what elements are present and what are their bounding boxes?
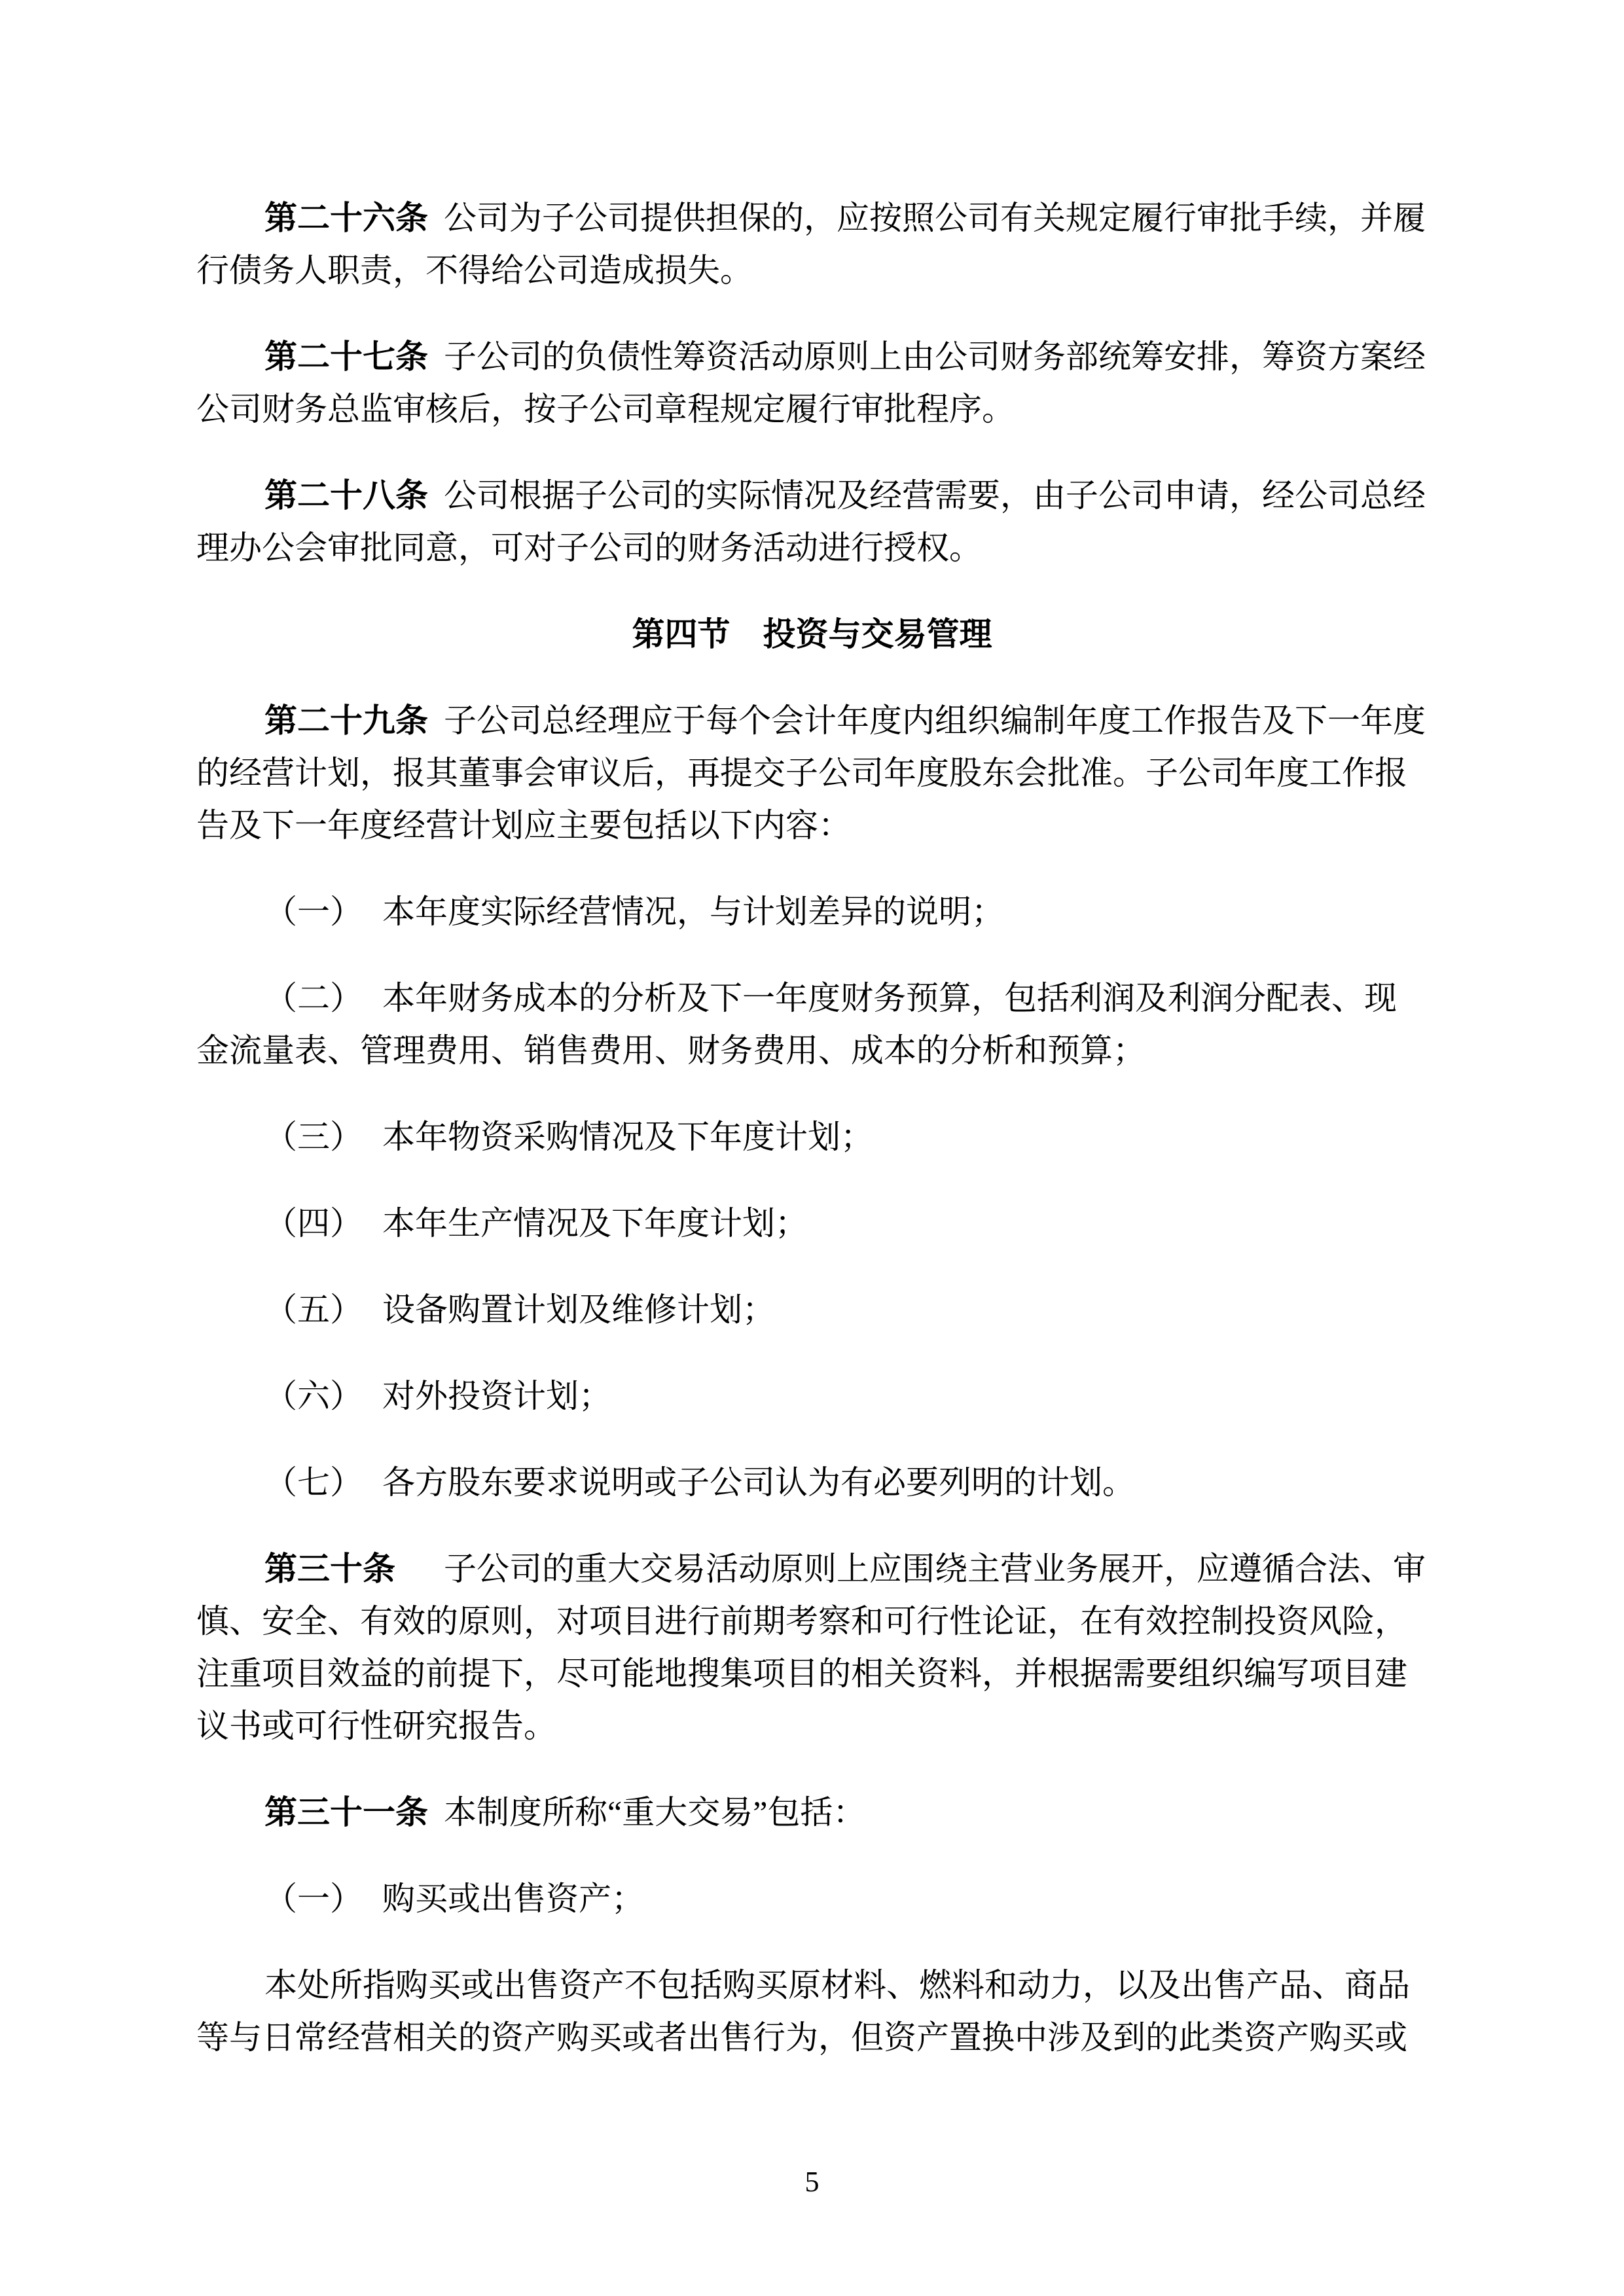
- text-line: 金流量表、管理费用、销售费用、财务费用、成本的分析和预算；: [196, 1024, 1428, 1077]
- text-line: （二）本年财务成本的分析及下一年度财务预算，包括利润及利润分配表、现: [196, 972, 1428, 1024]
- list-marker: （二）: [264, 980, 363, 1016]
- paragraph: 第二十六条公司为子公司提供担保的，应按照公司有关规定履行审批手续，并履行债务人职…: [196, 192, 1428, 296]
- text-line: （三）本年物资采购情况及下年度计划；: [196, 1111, 1428, 1163]
- text-line: 议书或可行性研究报告。: [196, 1700, 1428, 1752]
- paragraph: （六）对外投资计划；: [196, 1370, 1428, 1422]
- text-line: 第四节 投资与交易管理: [196, 608, 1428, 660]
- text-line: （一）购买或出售资产；: [196, 1873, 1428, 1925]
- text-line: 注重项目效益的前提下，尽可能地搜集项目的相关资料，并根据需要组织编写项目建: [196, 1647, 1428, 1700]
- text-line: 行债务人职责，不得给公司造成损失。: [196, 244, 1428, 296]
- paragraph: 第三十一条本制度所称“重大交易”包括：: [196, 1786, 1428, 1839]
- paragraph: （七）各方股东要求说明或子公司认为有必要列明的计划。: [196, 1456, 1428, 1509]
- article-label: 第二十九条: [264, 702, 428, 739]
- article-label: 第二十七条: [264, 338, 428, 375]
- text-line: 慎、安全、有效的原则，对项目进行前期考察和可行性论证，在有效控制投资风险，: [196, 1595, 1428, 1647]
- text-line: 等与日常经营相关的资产购买或者出售行为，但资产置换中涉及到的此类资产购买或: [196, 2011, 1428, 2064]
- list-marker: （三）: [264, 1119, 363, 1155]
- list-marker: （一）: [264, 893, 363, 930]
- text-line: （四）本年生产情况及下年度计划；: [196, 1197, 1428, 1249]
- text-line: （七）各方股东要求说明或子公司认为有必要列明的计划。: [196, 1456, 1428, 1509]
- article-label: 第三十条: [264, 1551, 395, 1587]
- paragraph: （二）本年财务成本的分析及下一年度财务预算，包括利润及利润分配表、现金流量表、管…: [196, 972, 1428, 1077]
- text-line: 第三十一条本制度所称“重大交易”包括：: [196, 1786, 1428, 1839]
- section-heading: 第四节 投资与交易管理: [196, 608, 1428, 660]
- text-line: （五）设备购置计划及维修计划；: [196, 1283, 1428, 1336]
- text-line: 告及下一年度经营计划应主要包括以下内容：: [196, 799, 1428, 852]
- list-marker: （五）: [264, 1291, 363, 1328]
- paragraph: 本处所指购买或出售资产不包括购买原材料、燃料和动力，以及出售产品、商品等与日常经…: [196, 1959, 1428, 2064]
- text-line: 本处所指购买或出售资产不包括购买原材料、燃料和动力，以及出售产品、商品: [196, 1959, 1428, 2011]
- list-marker: （一）: [264, 1880, 363, 1917]
- text-line: 公司财务总监审核后，按子公司章程规定履行审批程序。: [196, 383, 1428, 435]
- text-line: 第二十七条子公司的负债性筹资活动原则上由公司财务部统筹安排，筹资方案经: [196, 331, 1428, 383]
- paragraph: 第二十九条子公司总经理应于每个会计年度内组织编制年度工作报告及下一年度的经营计划…: [196, 694, 1428, 852]
- paragraph: 第三十条 子公司的重大交易活动原则上应围绕主营业务展开，应遵循合法、审慎、安全、…: [196, 1543, 1428, 1752]
- paragraph: （三）本年物资采购情况及下年度计划；: [196, 1111, 1428, 1163]
- document-page: 第二十六条公司为子公司提供担保的，应按照公司有关规定履行审批手续，并履行债务人职…: [0, 0, 1624, 2296]
- text-line: 第二十九条子公司总经理应于每个会计年度内组织编制年度工作报告及下一年度: [196, 694, 1428, 747]
- article-label: 第二十六条: [264, 200, 428, 236]
- text-line: 的经营计划，报其董事会审议后，再提交子公司年度股东会批准。子公司年度工作报: [196, 747, 1428, 799]
- list-marker: （六）: [264, 1378, 363, 1414]
- paragraph: （四）本年生产情况及下年度计划；: [196, 1197, 1428, 1249]
- text-line: （六）对外投资计划；: [196, 1370, 1428, 1422]
- text-line: 第二十八条公司根据子公司的实际情况及经营需要，由子公司申请，经公司总经: [196, 469, 1428, 522]
- text-line: 理办公会审批同意，可对子公司的财务活动进行授权。: [196, 522, 1428, 574]
- article-label: 第二十八条: [264, 477, 428, 514]
- list-marker: （七）: [264, 1464, 363, 1501]
- document-body: 第二十六条公司为子公司提供担保的，应按照公司有关规定履行审批手续，并履行债务人职…: [196, 192, 1428, 2098]
- paragraph: 第二十八条公司根据子公司的实际情况及经营需要，由子公司申请，经公司总经理办公会审…: [196, 469, 1428, 574]
- text-line: 第二十六条公司为子公司提供担保的，应按照公司有关规定履行审批手续，并履: [196, 192, 1428, 244]
- page-number: 5: [0, 2165, 1624, 2199]
- article-label: 第三十一条: [264, 1794, 428, 1831]
- paragraph: （五）设备购置计划及维修计划；: [196, 1283, 1428, 1336]
- list-marker: （四）: [264, 1205, 363, 1242]
- paragraph: 第二十七条子公司的负债性筹资活动原则上由公司财务部统筹安排，筹资方案经公司财务总…: [196, 331, 1428, 435]
- text-line: （一）本年度实际经营情况，与计划差异的说明；: [196, 886, 1428, 938]
- paragraph: （一）购买或出售资产；: [196, 1873, 1428, 1925]
- paragraph: （一）本年度实际经营情况，与计划差异的说明；: [196, 886, 1428, 938]
- text-line: 第三十条 子公司的重大交易活动原则上应围绕主营业务展开，应遵循合法、审: [196, 1543, 1428, 1595]
